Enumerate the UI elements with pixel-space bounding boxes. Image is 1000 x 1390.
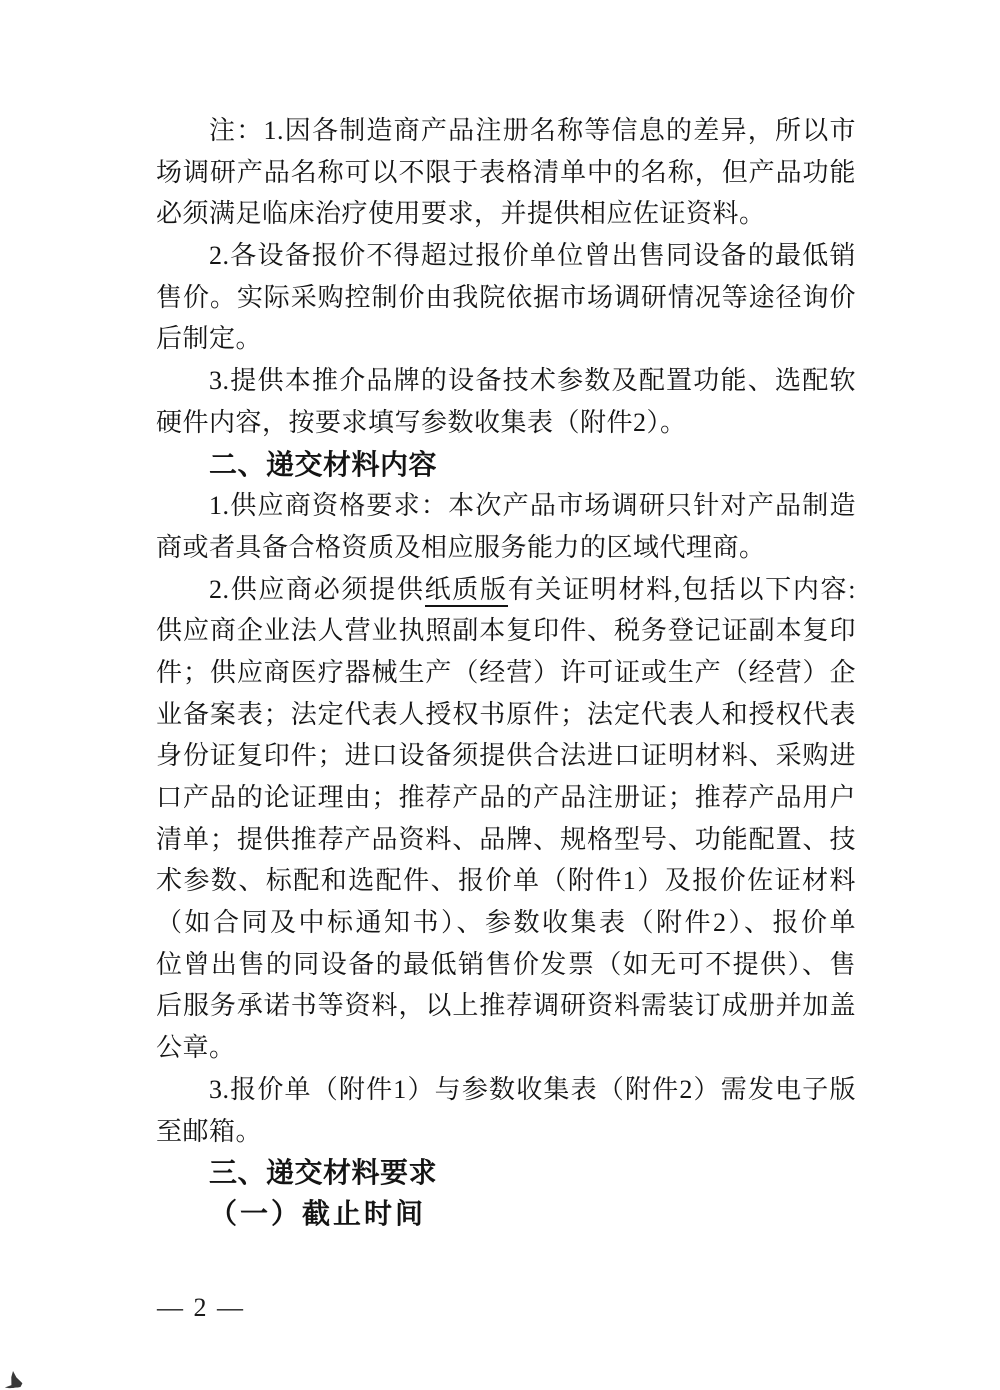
text-line: 1.供应商资格要求：本次产品市场调研只针对产品制造 xyxy=(156,485,856,527)
text-line: 2.各设备报价不得超过报价单位曾出售同设备的最低销 xyxy=(156,235,856,277)
text-line: 清单；提供推荐产品资料、品牌、规格型号、功能配置、技 xyxy=(156,819,856,861)
text-segment: 有关证明材料,包括以下内容: xyxy=(508,575,856,604)
page-number: — 2 — xyxy=(157,1293,245,1323)
scan-smudge-mark xyxy=(3,1370,23,1389)
document-page: 注：1.因各制造商产品注册名称等信息的差异，所以市场调研产品名称可以不限于表格清… xyxy=(0,0,1000,1390)
text-line: 必须满足临床治疗使用要求，并提供相应佐证资料。 xyxy=(156,193,856,235)
section-heading: 二、递交材料内容 xyxy=(156,444,856,486)
text-line: 后服务承诺书等资料，以上推荐调研资料需装订成册并加盖 xyxy=(156,985,856,1027)
text-line: 场调研产品名称可以不限于表格清单中的名称，但产品功能 xyxy=(156,152,856,194)
text-segment: 2.供应商必须提供 xyxy=(209,575,425,604)
text-line: 2.供应商必须提供纸质版有关证明材料,包括以下内容: xyxy=(156,569,856,611)
text-line: 3.报价单（附件1）与参数收集表（附件2）需发电子版 xyxy=(156,1069,856,1111)
text-line: 公章。 xyxy=(156,1027,856,1069)
text-line: 件；供应商医疗器械生产（经营）许可证或生产（经营）企 xyxy=(156,652,856,694)
text-line: 注：1.因各制造商产品注册名称等信息的差异，所以市 xyxy=(156,110,856,152)
text-line: 硬件内容，按要求填写参数收集表（附件2）。 xyxy=(156,402,856,444)
text-line: 位曾出售的同设备的最低销售价发票（如无可不提供）、售 xyxy=(156,944,856,986)
text-line: 售价。实际采购控制价由我院依据市场调研情况等途径询价 xyxy=(156,277,856,319)
underlined-text: 纸质版 xyxy=(425,575,508,607)
text-line: 供应商企业法人营业执照副本复印件、税务登记证副本复印 xyxy=(156,610,856,652)
text-line: 身份证复印件；进口设备须提供合法进口证明材料、采购进 xyxy=(156,735,856,777)
document-body: 注：1.因各制造商产品注册名称等信息的差异，所以市场调研产品名称可以不限于表格清… xyxy=(156,110,856,1236)
text-line: 商或者具备合格资质及相应服务能力的区域代理商。 xyxy=(156,527,856,569)
text-line: 术参数、标配和选配件、报价单（附件1）及报价佐证材料 xyxy=(156,860,856,902)
section-heading: 三、递交材料要求 xyxy=(156,1152,856,1194)
text-line: 业备案表；法定代表人授权书原件；法定代表人和授权代表 xyxy=(156,694,856,736)
text-line: 3.提供本推介品牌的设备技术参数及配置功能、选配软 xyxy=(156,360,856,402)
section-heading: （一）截止时间 xyxy=(156,1194,856,1236)
text-line: 至邮箱。 xyxy=(156,1111,856,1153)
text-line: （如合同及中标通知书）、参数收集表（附件2）、报价单 xyxy=(156,902,856,944)
text-line: 口产品的论证理由；推荐产品的产品注册证；推荐产品用户 xyxy=(156,777,856,819)
text-line: 后制定。 xyxy=(156,318,856,360)
